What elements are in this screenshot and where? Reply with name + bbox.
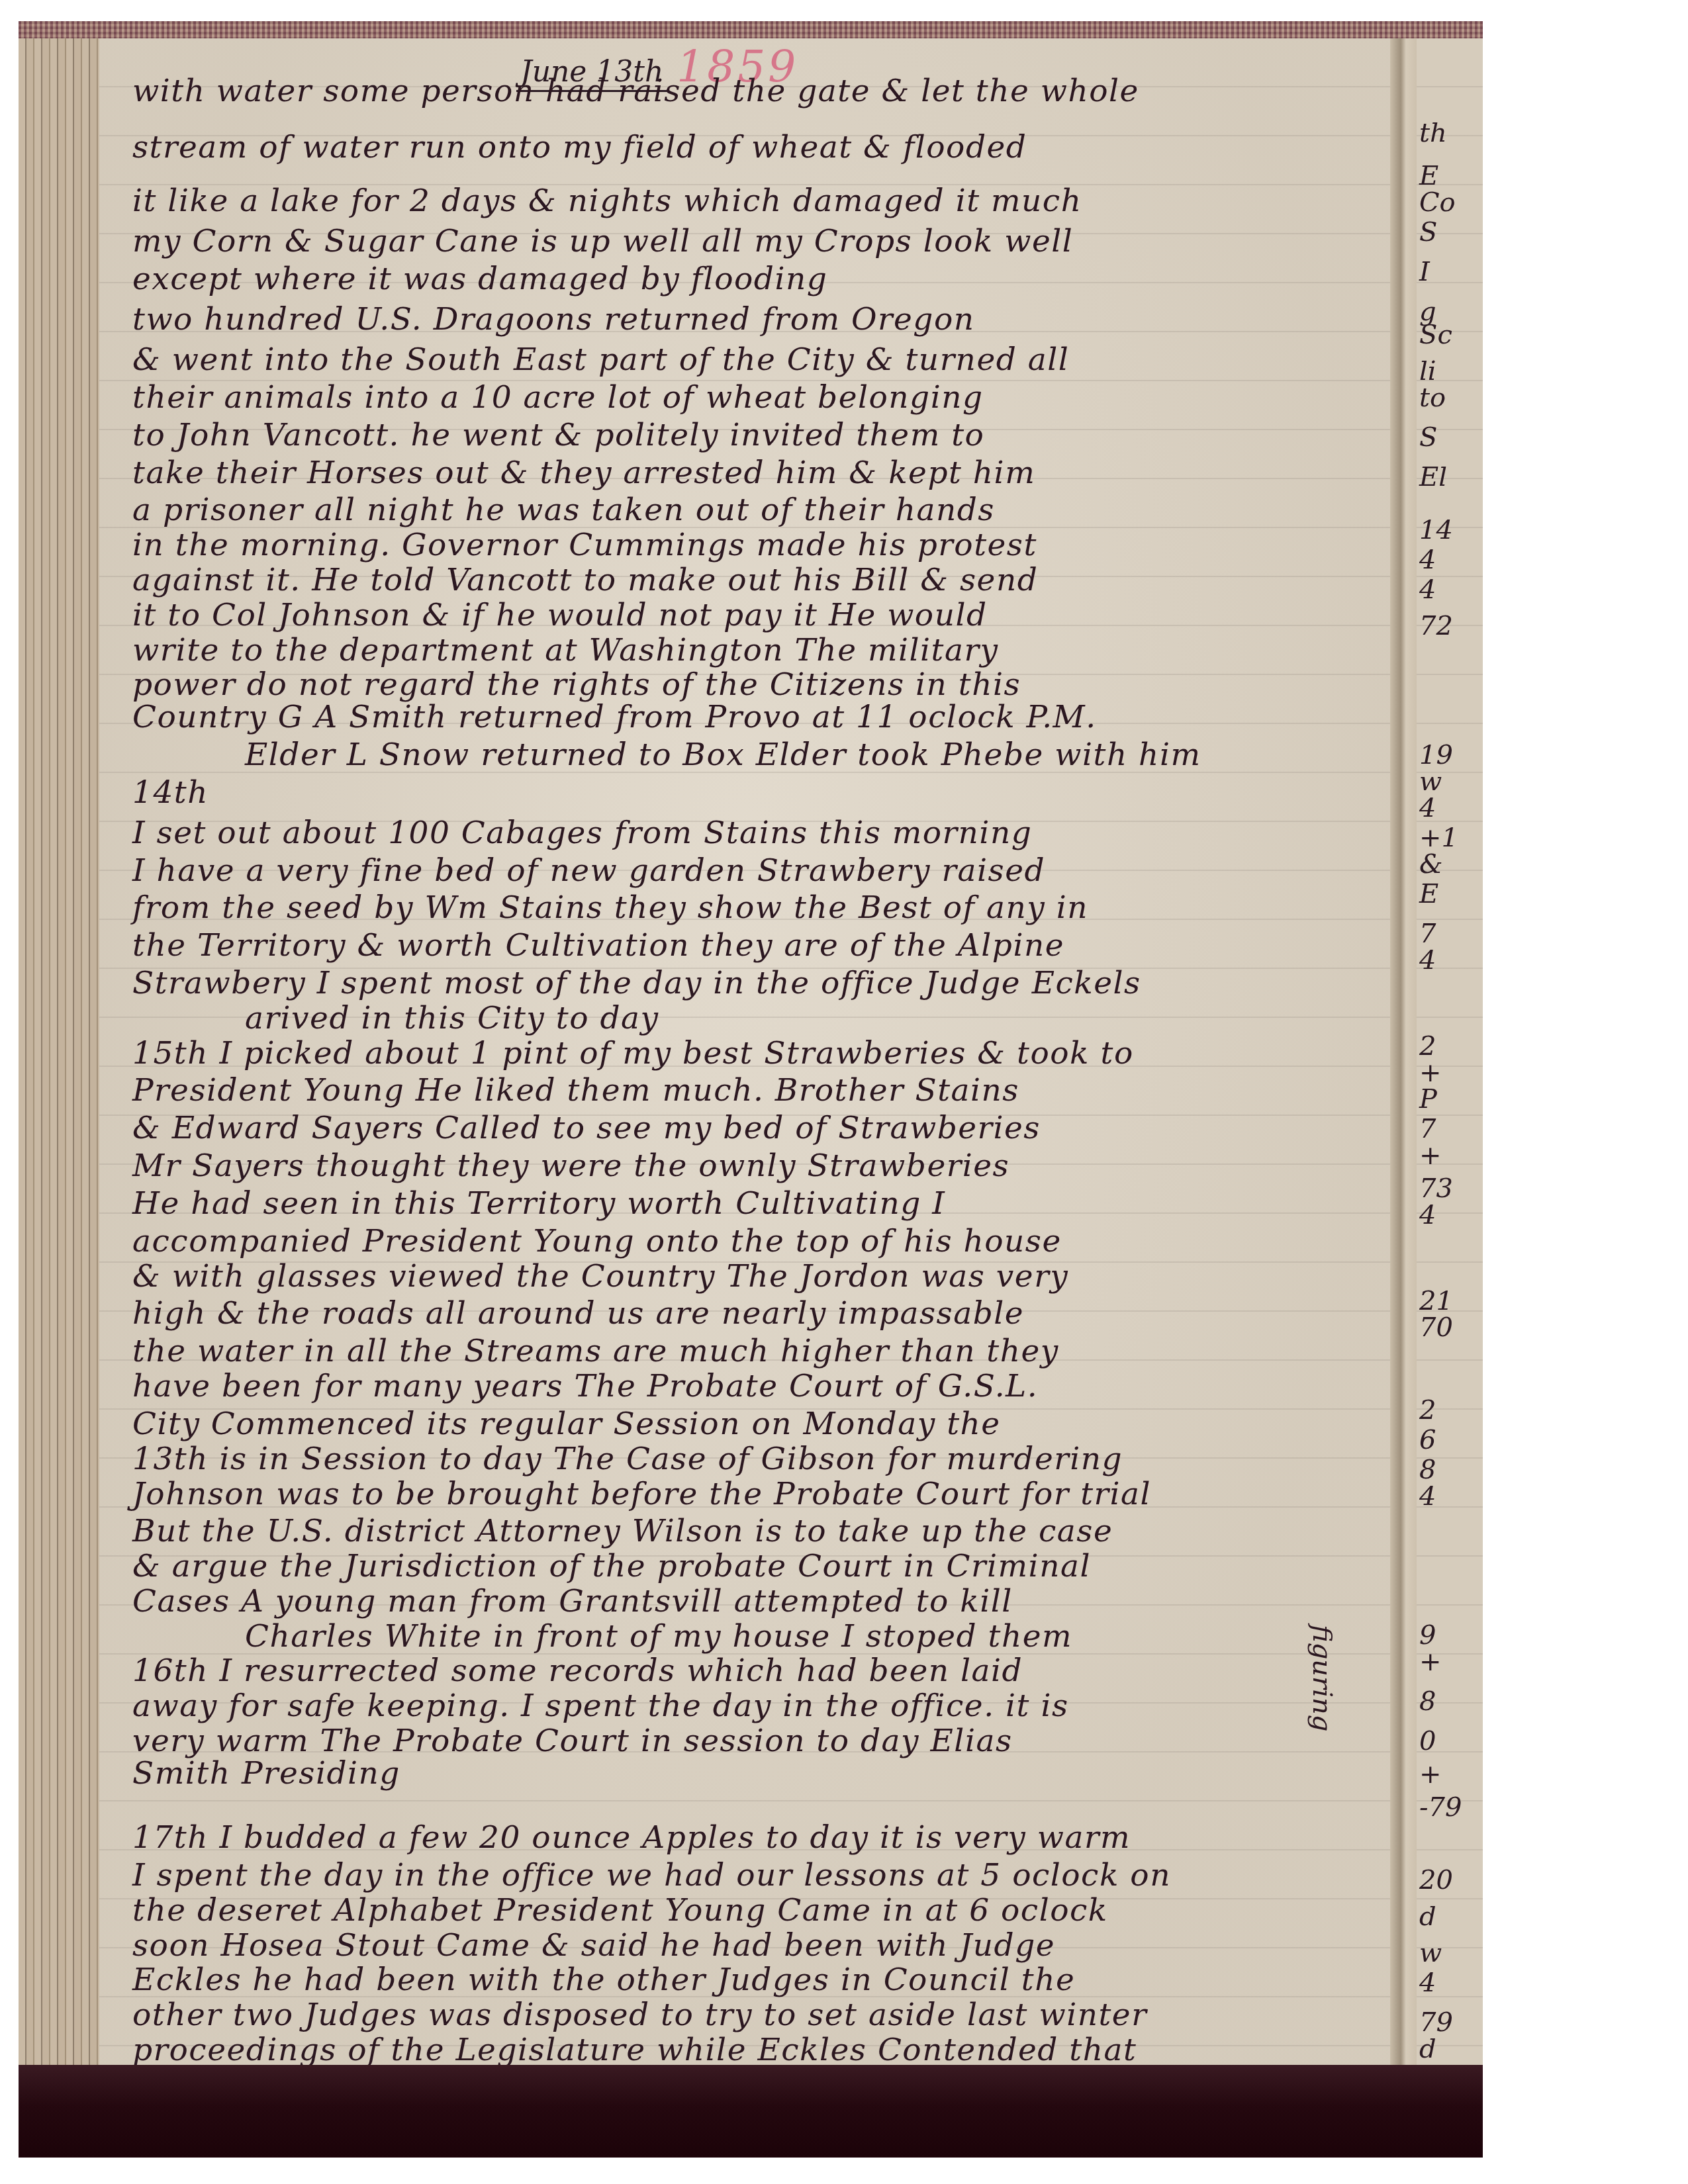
handwritten-line: accompanied President Young onto the top… — [132, 1223, 1062, 1259]
handwritten-line: Elder L Snow returned to Box Elder took … — [245, 737, 1201, 773]
facing-page-fragment: 14 — [1419, 515, 1453, 545]
handwritten-line: & went into the South East part of the C… — [132, 341, 1069, 378]
handwritten-line: 15th I picked about 1 pint of my best St… — [132, 1035, 1134, 1071]
handwritten-line: President Young He liked them much. Brot… — [132, 1072, 1019, 1109]
margin-annotation: figuring — [1307, 1625, 1337, 1731]
handwritten-line: my Corn & Sugar Cane is up well all my C… — [132, 223, 1073, 259]
handwritten-line: 17th I budded a few 20 ounce Apples to d… — [132, 1819, 1131, 1856]
facing-page-fragment: I — [1419, 257, 1430, 287]
facing-page-fragment: d — [1419, 2034, 1436, 2064]
handwritten-line: their animals into a 10 acre lot of whea… — [132, 379, 984, 416]
handwritten-line: except where it was damaged by flooding — [132, 261, 827, 297]
handwritten-line: City Commenced its regular Session on Mo… — [132, 1406, 1001, 1442]
facing-page-fragment: & — [1419, 849, 1443, 880]
facing-page-fragment: -79 — [1419, 1792, 1462, 1823]
handwritten-line: against it. He told Vancott to make out … — [132, 562, 1038, 598]
handwritten-line: Johnson was to be brought before the Pro… — [132, 1476, 1151, 1512]
handwritten-line: Strawbery I spent most of the day in the… — [132, 965, 1141, 1001]
facing-page-fragment: to — [1419, 383, 1446, 413]
handwritten-line: Country G A Smith returned from Provo at… — [132, 699, 1097, 735]
handwritten-line: & argue the Jurisdiction of the probate … — [132, 1548, 1091, 1584]
handwritten-line: from the seed by Wm Stains they show the… — [132, 889, 1088, 926]
handwritten-line: away for safe keeping. I spent the day i… — [132, 1688, 1069, 1724]
facing-page-fragment: 72 — [1419, 611, 1453, 641]
facing-page-fragment: E — [1419, 879, 1438, 909]
facing-page-fragment: P — [1419, 1084, 1437, 1115]
facing-page-fragment: S — [1419, 217, 1437, 248]
facing-page-fragment: 2 — [1419, 1395, 1436, 1426]
handwritten-line: 14th — [132, 774, 209, 811]
facing-page-fragment: Co — [1419, 187, 1456, 218]
facing-page-fragment: El — [1419, 462, 1447, 492]
handwritten-line: I set out about 100 Cabages from Stains … — [132, 815, 1032, 851]
facing-page-fragment: d — [1419, 1901, 1436, 1932]
handwritten-line: I have a very fine bed of new garden Str… — [132, 852, 1045, 889]
book-cover-bottom — [19, 2065, 1483, 2158]
facing-page-fragment: 4 — [1419, 1968, 1436, 1998]
facing-page-fragment: 70 — [1419, 1312, 1453, 1343]
handwritten-line: & Edward Sayers Called to see my bed of … — [132, 1110, 1041, 1146]
handwritten-line: the Territory & worth Cultivation they a… — [132, 927, 1064, 964]
facing-page-fragment: 6 — [1419, 1425, 1436, 1455]
handwritten-line: a prisoner all night he was taken out of… — [132, 492, 995, 528]
handwritten-line: But the U.S. district Attorney Wilson is… — [132, 1513, 1113, 1549]
handwritten-line: with water some person had raised the ga… — [132, 73, 1139, 109]
handwritten-line: arived in this City to day — [245, 1000, 659, 1036]
handwritten-line: take their Horses out & they arrested hi… — [132, 455, 1035, 491]
handwritten-line: stream of water run onto my field of whe… — [132, 129, 1027, 165]
handwritten-line: it to Col Johnson & if he would not pay … — [132, 597, 988, 633]
facing-page-fragment: 4 — [1419, 1481, 1436, 1512]
handwritten-line: the water in all the Streams are much hi… — [132, 1333, 1059, 1369]
facing-page-fragment: 0 — [1419, 1726, 1436, 1756]
handwritten-line: have been for many years The Probate Cou… — [132, 1368, 1038, 1404]
facing-page-fragment: + — [1419, 1759, 1442, 1790]
page-edges-stack — [19, 38, 105, 2070]
handwritten-line: proceedings of the Legislature while Eck… — [132, 2032, 1137, 2068]
handwritten-line: Smith Presiding — [132, 1755, 400, 1792]
facing-page-fragment: 8 — [1419, 1686, 1436, 1717]
facing-page-fragment: Sc — [1419, 320, 1452, 350]
handwritten-line: I spent the day in the office we had our… — [132, 1857, 1171, 1893]
handwritten-line: two hundred U.S. Dragoons returned from … — [132, 301, 975, 338]
handwritten-line: Cases A young man from Grantsvill attemp… — [132, 1583, 1013, 1619]
handwritten-line: the deseret Alphabet President Young Cam… — [132, 1892, 1108, 1929]
facing-page-fragment: w — [1419, 1938, 1442, 1968]
handwritten-line: in the morning. Governor Cummings made h… — [132, 527, 1037, 563]
handwritten-line: power do not regard the rights of the Ci… — [132, 666, 1021, 703]
handwritten-line: other two Judges was disposed to try to … — [132, 1997, 1147, 2033]
facing-page-fragment: 4 — [1419, 793, 1436, 823]
handwritten-line: Mr Sayers thought they were the ownly St… — [132, 1148, 1009, 1184]
book-gutter — [1390, 38, 1417, 2070]
handwritten-line: Charles White in front of my house I sto… — [245, 1618, 1072, 1655]
handwritten-line: He had seen in this Territory worth Cult… — [132, 1185, 945, 1222]
handwritten-line: it like a lake for 2 days & nights which… — [132, 183, 1082, 219]
handwritten-line: 13th is in Session to day The Case of Gi… — [132, 1441, 1123, 1477]
facing-page-fragment: 4 — [1419, 945, 1436, 976]
handwritten-line: very warm The Probate Court in session t… — [132, 1723, 1013, 1759]
handwritten-line: write to the department at Washington Th… — [132, 632, 998, 668]
handwritten-line: Eckles he had been with the other Judges… — [132, 1962, 1075, 1998]
facing-page-fragment: S — [1419, 422, 1437, 453]
facing-page-fragment: 20 — [1419, 1865, 1453, 1895]
handwritten-line: 16th I resurrected some records which ha… — [132, 1653, 1023, 1689]
handwritten-line: high & the roads all around us are nearl… — [132, 1295, 1024, 1332]
facing-page-fragment: 4 — [1419, 574, 1436, 605]
handwritten-line: soon Hosea Stout Came & said he had been… — [132, 1927, 1055, 1964]
facing-page-fragment: 4 — [1419, 545, 1436, 575]
handwritten-line: & with glasses viewed the Country The Jo… — [132, 1258, 1068, 1295]
facing-page-fragment: 4 — [1419, 1200, 1436, 1230]
facing-page-fragment: + — [1419, 1140, 1442, 1171]
facing-page-fragment: + — [1419, 1647, 1442, 1677]
facing-page-fragment: th — [1419, 118, 1447, 148]
handwritten-line: to John Vancott. he went & politely invi… — [132, 417, 984, 453]
book-headband — [19, 21, 1483, 40]
facing-page-strip: thECoSIgSclitoSEl14447219w4+1&E742+P7+73… — [1417, 38, 1483, 2070]
